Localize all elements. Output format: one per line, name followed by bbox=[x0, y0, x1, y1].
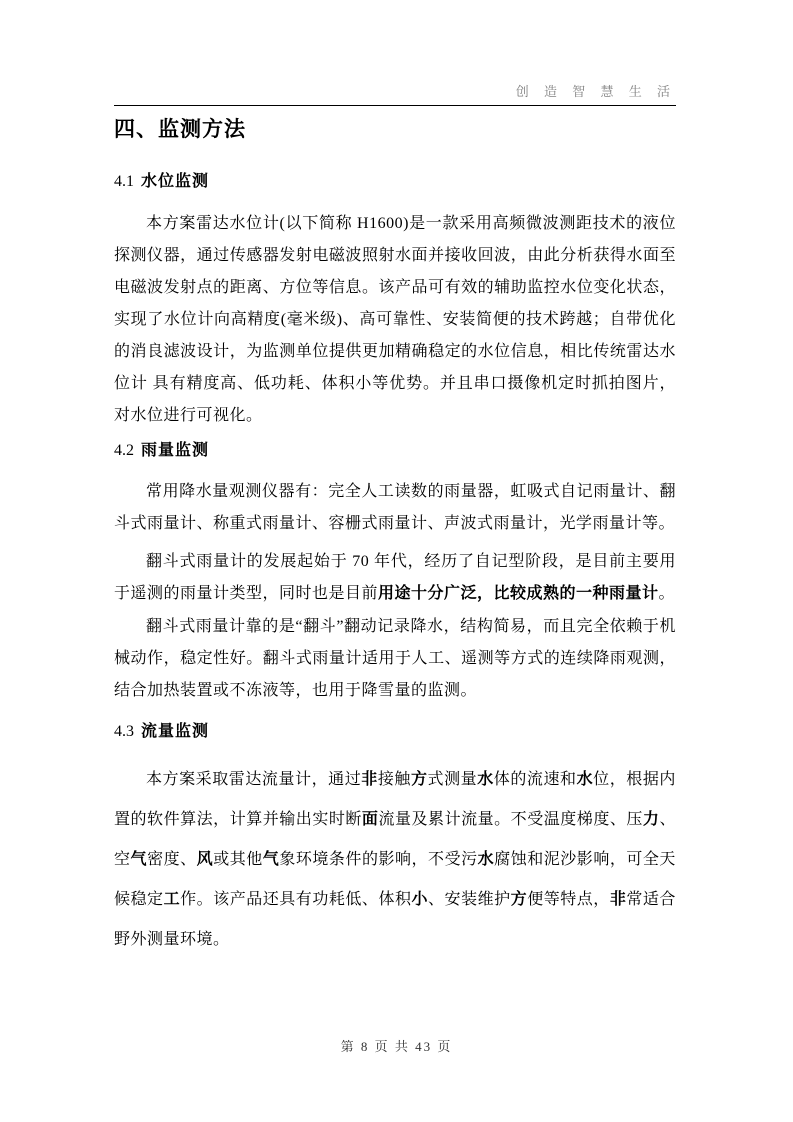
document-page: 创 造 智 慧 生 活 四、监测方法 4.1水位监测 本方案雷达水位计(以下简称… bbox=[0, 0, 793, 1122]
text-run: 式测量 bbox=[428, 771, 478, 788]
text-run: 常用降水量观测仪器有：完全人工读数的雨量器，虹吸式自记雨量计、翻斗式雨量计、称重… bbox=[114, 483, 676, 532]
heading-label: 雨量监测 bbox=[141, 442, 209, 459]
emphasized-text-run: 面 bbox=[362, 811, 379, 828]
text-run: 本方案雷达水位计(以下简称 H1600)是一款采用高频微波测距技术的液位探测仪器… bbox=[114, 215, 676, 424]
emphasized-text-run: 用途十分广泛，比较成熟的一种雨量计 bbox=[378, 585, 659, 602]
emphasized-text-run: 方 bbox=[411, 771, 428, 788]
page-header: 创 造 智 慧 生 活 bbox=[114, 84, 676, 106]
emphasized-text-run: 风 bbox=[197, 851, 214, 868]
paragraph: 本方案雷达水位计(以下简称 H1600)是一款采用高频微波测距技术的液位探测仪器… bbox=[114, 208, 676, 432]
text-run: 、安装维护 bbox=[428, 891, 511, 908]
text-run: 。 bbox=[659, 585, 676, 602]
text-run: 流量及累计流量。不受温度梯度、压 bbox=[378, 811, 642, 828]
heading-number: 4.2 bbox=[114, 442, 134, 459]
page-number-label: 第 8 页 共 43 页 bbox=[341, 1039, 453, 1054]
emphasized-text-run: 水 bbox=[477, 771, 494, 788]
text-run: 象环境条件的影响，不受污 bbox=[279, 851, 477, 868]
emphasized-text-run: 非 bbox=[610, 891, 627, 908]
paragraph: 翻斗式雨量计靠的是“翻斗”翻动记录降水，结构简易，而且完全依赖于机械动作，稳定性… bbox=[114, 611, 676, 707]
header-slogan: 创 造 智 慧 生 活 bbox=[516, 84, 676, 99]
text-run: 本方案采取雷达流量计，通过 bbox=[146, 771, 361, 788]
emphasized-text-run: 气 bbox=[131, 851, 148, 868]
emphasized-text-run: 气 bbox=[263, 851, 280, 868]
heading-label: 流量监测 bbox=[141, 723, 209, 740]
text-run: 便等特点， bbox=[527, 891, 610, 908]
paragraph: 本方案采取雷达流量计，通过非接触方式测量水体的流速和水位，根据内置的软件算法，计… bbox=[114, 760, 676, 960]
emphasized-text-run: 工 bbox=[164, 891, 181, 908]
emphasized-text-run: 非 bbox=[361, 771, 378, 788]
page-content: 创 造 智 慧 生 活 四、监测方法 4.1水位监测 本方案雷达水位计(以下简称… bbox=[114, 0, 676, 960]
text-run: 体的流速和 bbox=[494, 771, 577, 788]
heading-number: 4.1 bbox=[114, 173, 134, 190]
heading-label: 水位监测 bbox=[141, 173, 209, 190]
page-footer: 第 8 页 共 43 页 bbox=[0, 1038, 793, 1056]
section-heading-4-2: 4.2雨量监测 bbox=[114, 440, 676, 462]
section-heading-4-1: 4.1水位监测 bbox=[114, 171, 676, 193]
emphasized-text-run: 水 bbox=[577, 771, 594, 788]
emphasized-text-run: 水 bbox=[478, 851, 495, 868]
paragraph: 翻斗式雨量计的发展起始于 70 年代，经历了自记型阶段，是目前主要用于遥测的雨量… bbox=[114, 546, 676, 610]
text-run: 翻斗式雨量计靠的是“翻斗”翻动记录降水，结构简易，而且完全依赖于机械动作，稳定性… bbox=[114, 618, 676, 699]
text-run: 作。该产品还具有功耗低、体积 bbox=[180, 891, 411, 908]
heading-number: 4.3 bbox=[114, 723, 134, 740]
doc-title: 四、监测方法 bbox=[114, 116, 676, 143]
paragraph: 常用降水量观测仪器有：完全人工读数的雨量器，虹吸式自记雨量计、翻斗式雨量计、称重… bbox=[114, 476, 676, 540]
emphasized-text-run: 小 bbox=[412, 891, 429, 908]
section-heading-4-3: 4.3流量监测 bbox=[114, 721, 676, 743]
emphasized-text-run: 力 bbox=[643, 811, 660, 828]
text-run: 或其他 bbox=[213, 851, 263, 868]
text-run: 接触 bbox=[378, 771, 411, 788]
text-run: 密度、 bbox=[147, 851, 197, 868]
emphasized-text-run: 方 bbox=[511, 891, 528, 908]
